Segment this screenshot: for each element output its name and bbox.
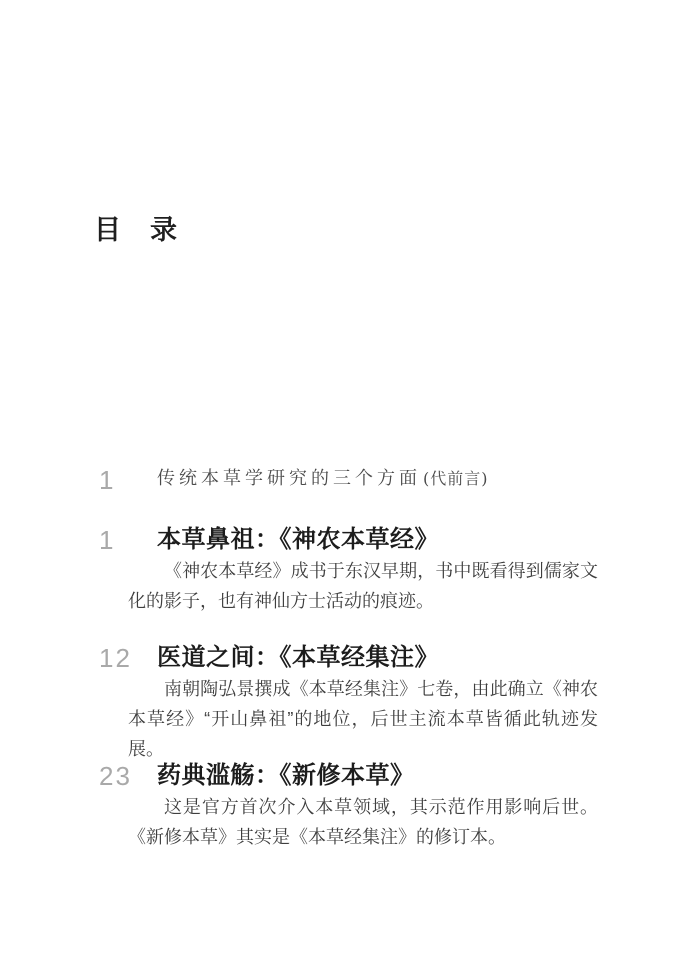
chapter-3-page-number: 23 [99,762,132,790]
chapter-1-title: 本草鼻祖：《神农本草经》 [157,526,694,554]
chapter-3-description: 这是官方首次介入本草领域，其示范作用影响后世。《新修本草》其实是《本草经集注》的… [128,792,598,852]
toc-entry-preface: 1 传统本草学研究的三个方面(代前言) [0,466,694,492]
toc-entry-chapter-2: 12 医道之间：《本草经集注》 南朝陶弘景撰成《本草经集注》七卷，由此确立《神农… [0,644,694,764]
page-title: 目 录 [94,212,178,250]
chapter-1-description: 《神农本草经》成书于东汉早期，书中既看得到儒家文化的影子，也有神仙方士活动的痕迹… [128,556,598,616]
toc-entry-chapter-1: 1 本草鼻祖：《神农本草经》 《神农本草经》成书于东汉早期，书中既看得到儒家文化… [0,526,694,616]
chapter-2-title: 医道之间：《本草经集注》 [157,644,694,672]
preface-subtitle: (代前言) [423,469,489,488]
chapter-2-page-number: 12 [99,644,132,672]
preface-title: 传统本草学研究的三个方面 [157,468,421,489]
preface-page-number: 1 [99,466,115,494]
preface-title-line: 传统本草学研究的三个方面(代前言) [157,466,694,492]
chapter-3-title: 药典滥觞：《新修本草》 [157,762,694,790]
chapter-2-description: 南朝陶弘景撰成《本草经集注》七卷，由此确立《神农本草经》“开山鼻祖”的地位，后世… [128,674,598,764]
toc-page: 目 录 1 传统本草学研究的三个方面(代前言) 1 本草鼻祖：《神农本草经》 《… [0,0,694,974]
toc-entry-chapter-3: 23 药典滥觞：《新修本草》 这是官方首次介入本草领域，其示范作用影响后世。《新… [0,762,694,852]
chapter-1-page-number: 1 [99,526,115,554]
